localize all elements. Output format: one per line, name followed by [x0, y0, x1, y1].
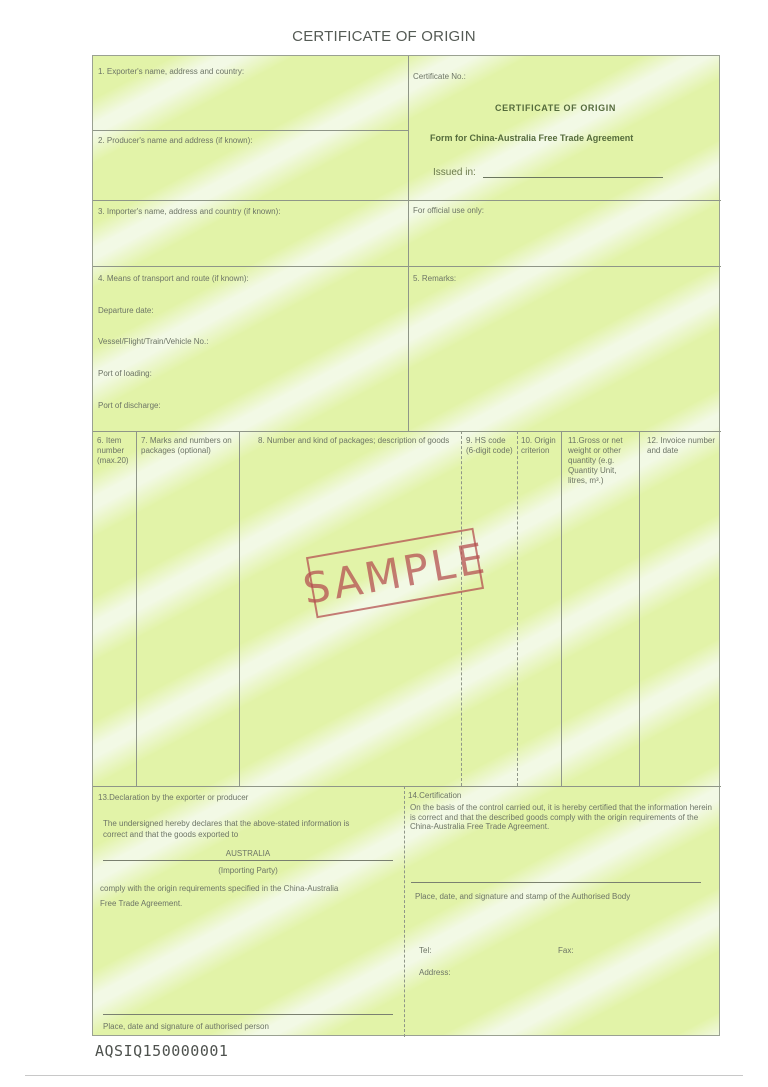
vessel-label: Vessel/Flight/Train/Vehicle No.:	[98, 337, 208, 347]
certification-heading: 14.Certification	[408, 791, 461, 801]
divider	[136, 431, 137, 786]
declaration-text: The undersigned hereby declares that the…	[103, 819, 363, 841]
col-item-number: 6. Item number (max.20)	[97, 436, 135, 466]
divider	[461, 431, 462, 786]
header-box-subtitle: Form for China-Australia Free Trade Agre…	[430, 133, 633, 143]
transport-label: 4. Means of transport and route (if know…	[98, 274, 249, 284]
importing-country-line	[103, 860, 393, 861]
divider	[93, 786, 721, 787]
producer-field[interactable]	[93, 148, 408, 200]
importing-party-label: (Importing Party)	[103, 866, 393, 875]
col-description: 8. Number and kind of packages; descript…	[258, 436, 458, 446]
divider	[239, 431, 240, 786]
certification-signature-line[interactable]	[411, 882, 701, 883]
producer-label: 2. Producer's name and address (if known…	[98, 136, 253, 146]
col-weight: 11.Gross or net weight or other quantity…	[568, 436, 634, 486]
col-hs-code: 9. HS code (6-digit code)	[466, 436, 514, 456]
remarks-field[interactable]	[409, 286, 721, 431]
port-discharge-label: Port of discharge:	[98, 401, 161, 411]
exporter-label: 1. Exporter's name, address and country:	[98, 67, 244, 77]
port-loading-label: Port of loading:	[98, 369, 152, 379]
footer-divider	[25, 1075, 743, 1076]
certificate-no-field[interactable]	[473, 68, 713, 82]
importer-field[interactable]	[93, 219, 408, 266]
issued-in-label: Issued in:	[433, 167, 476, 178]
issued-in-field[interactable]	[483, 177, 663, 178]
declaration-heading: 13.Declaration by the exporter or produc…	[98, 793, 248, 803]
certification-text: On the basis of the control carried out,…	[410, 803, 718, 832]
exporter-field[interactable]	[93, 78, 408, 130]
col-origin-criterion: 10. Origin criterion	[521, 436, 561, 456]
col-marks: 7. Marks and numbers on packages (option…	[141, 436, 239, 456]
divider	[93, 130, 408, 131]
divider	[639, 431, 640, 786]
header-box-title: CERTIFICATE OF ORIGIN	[495, 103, 616, 113]
tel-label: Tel:	[419, 946, 431, 956]
remarks-label: 5. Remarks:	[413, 274, 456, 284]
importer-label: 3. Importer's name, address and country …	[98, 207, 281, 217]
divider	[517, 431, 518, 786]
divider	[561, 431, 562, 786]
col-invoice: 12. Invoice number and date	[647, 436, 719, 456]
divider	[93, 266, 721, 267]
divider	[404, 786, 405, 1037]
serial-number: AQSIQ150000001	[95, 1042, 228, 1060]
divider	[93, 431, 721, 432]
page-title: CERTIFICATE OF ORIGIN	[0, 28, 768, 45]
declaration-signature-line[interactable]	[103, 1014, 393, 1015]
fax-label: Fax:	[558, 946, 574, 956]
declaration-signature-label: Place, date and signature of authorised …	[103, 1022, 269, 1032]
divider	[93, 200, 721, 201]
departure-date-label: Departure date:	[98, 306, 154, 316]
importing-country: AUSTRALIA	[103, 849, 393, 858]
official-use-label: For official use only:	[413, 206, 484, 216]
declaration-text-2: comply with the origin requirements spec…	[100, 881, 340, 911]
address-label: Address:	[419, 968, 451, 978]
certificate-no-label: Certificate No.:	[413, 72, 466, 82]
certification-signature-label: Place, date, and signature and stamp of …	[415, 892, 630, 902]
